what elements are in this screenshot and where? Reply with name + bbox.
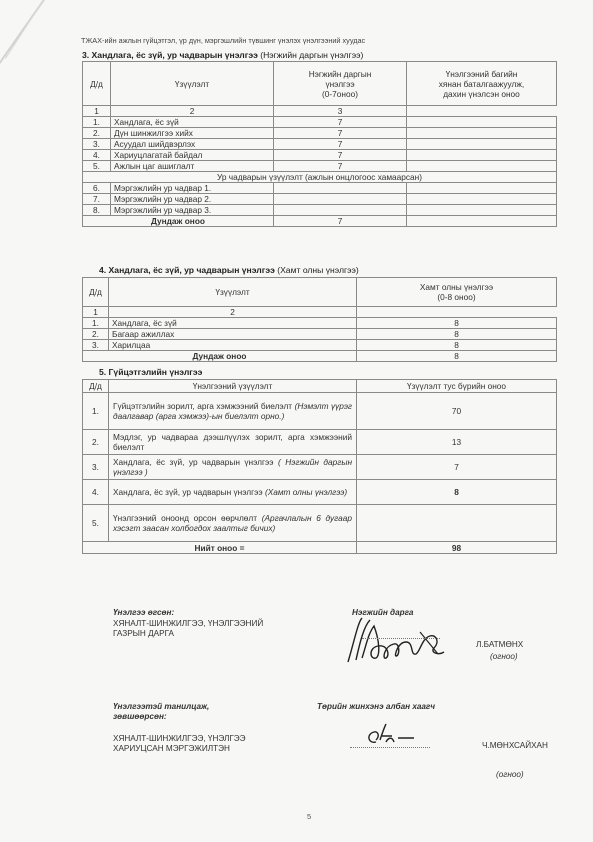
header-criterion: Үзүүлэлт: [111, 62, 274, 106]
row-number: 4.: [83, 150, 111, 161]
recheck-score: [407, 194, 557, 205]
criterion-cell: Үнэлгээний оноонд орсон өөрчлөлт (Аргачл…: [109, 505, 357, 542]
team-evaluation-table: Д/д Үзүүлэлт Хамт олны үнэлгээ (0-8 оноо…: [82, 277, 557, 362]
row-number: 6.: [83, 183, 111, 194]
section-4-title-rest: (Хамт олны үнэлгээ): [275, 265, 359, 275]
recheck-score: [407, 117, 557, 128]
criterion-score: 8: [357, 480, 557, 505]
label-line: зөвшөөрсөн:: [113, 712, 209, 722]
criterion-name: Мэргэжлийн ур чадвар 1.: [111, 183, 274, 194]
row-number: 2.: [83, 329, 109, 340]
criterion-name: Мэргэжлийн ур чадвар 2.: [111, 194, 274, 205]
criterion-text: Үнэлгээний оноонд орсон өөрчлөлт: [113, 513, 257, 523]
recheck-score: [407, 128, 557, 139]
criterion-name: Хандлага, ёс зүй: [109, 318, 357, 329]
header-line: Хамт олны үнэлгээ: [360, 282, 553, 292]
header-line: Нэгжийн даргын: [277, 69, 403, 79]
total-value: 98: [357, 542, 557, 554]
section-4-title-bold: 4. Хандлага, ёс зүй, ур чадварын үнэлгээ: [99, 265, 275, 275]
average-label: Дундаж оноо: [83, 351, 357, 362]
header-line: дахин үнэлсэн оноо: [410, 89, 553, 99]
row-number: 2.: [83, 430, 109, 455]
header-line: (0-8 оноо): [360, 292, 553, 302]
row-number: 2.: [83, 128, 111, 139]
scan-page-edge-shadow: [0, 0, 44, 59]
table-row: 2.Дүн шинжилгээ хийх7: [83, 128, 557, 139]
evaluator-name: Л.БАТМӨНХ: [476, 640, 523, 650]
column-number: 2: [109, 307, 357, 318]
criterion-name: Мэргэжлийн ур чадвар 3.: [111, 205, 274, 216]
average-row: Дундаж оноо7: [83, 216, 557, 227]
average-value: 7: [274, 216, 407, 227]
table-row: 3.Харилцаа8: [83, 340, 557, 351]
table-row: 1.Хандлага, ёс зүй7: [83, 117, 557, 128]
team-score: 8: [357, 329, 557, 340]
table-row: 1.Гүйцэтгэлийн зорилт, арга хэмжээний би…: [83, 393, 557, 430]
header-num: Д/д: [83, 62, 111, 106]
table-row: 4.Хариуцлагатай байдал7: [83, 150, 557, 161]
criterion-cell: Мэдлэг, ур чадвараа дээшлүүлэх зорилт, а…: [109, 430, 357, 455]
header-line: Үнэлгээний багийн: [410, 69, 553, 79]
criterion-name: Дүн шинжилгээ хийх: [111, 128, 274, 139]
column-number-row: 123: [83, 106, 557, 117]
header-line: хянан баталгаажуулж,: [410, 79, 553, 89]
criterion-cell: Хандлага, ёс зүй, ур чадварын үнэлгээ ( …: [109, 455, 357, 480]
header-team-score: Хамт олны үнэлгээ (0-8 оноо): [357, 278, 557, 307]
title-line: ХЯНАЛТ-ШИНЖИЛГЭЭ, ҮНЭЛГЭЭ: [113, 734, 246, 744]
team-score: 8: [357, 318, 557, 329]
table-row: 3.Асуудал шийдвэрлэх7: [83, 139, 557, 150]
evaluator-label: Үнэлгээ өгсөн:: [113, 608, 174, 618]
acknowledged-date: (огноо): [496, 770, 524, 780]
total-label: Нийт оноо =: [83, 542, 357, 554]
criterion-text: Гүйцэтгэлийн зорилт, арга хэмжээний биел…: [113, 401, 292, 411]
criterion-text: Хандлага, ёс зүй, ур чадварын үнэлгээ: [113, 487, 263, 497]
average-row: Дундаж оноо8: [83, 351, 557, 362]
table-row: 2.Мэдлэг, ур чадвараа дээшлүүлэх зорилт,…: [83, 430, 557, 455]
section-4-title: 4. Хандлага, ёс зүй, ур чадварын үнэлгээ…: [99, 265, 359, 275]
title-line: ХЯНАЛТ-ШИНЖИЛГЭЭ, ҮНЭЛГЭЭНИЙ: [113, 619, 263, 629]
supervisor-score: 7: [274, 128, 407, 139]
recheck-score: [407, 161, 557, 172]
evaluator-signature: [340, 612, 450, 667]
row-number: 3.: [83, 340, 109, 351]
criterion-score: 7: [357, 455, 557, 480]
page-number: 5: [307, 812, 311, 821]
column-number: 3: [274, 106, 407, 117]
supervisor-score: [274, 183, 407, 194]
total-row: Нийт оноо =98: [83, 542, 557, 554]
supervisor-score: [274, 205, 407, 216]
header-score: Үзүүлэлт тус бүрийн оноо: [357, 380, 557, 393]
header-team-recheck: Үнэлгээний багийн хянан баталгаажуулж, д…: [407, 62, 557, 106]
supervisor-score: [274, 194, 407, 205]
team-score: 8: [357, 340, 557, 351]
criterion-name: Багаар ажиллах: [109, 329, 357, 340]
recheck-score: [407, 183, 557, 194]
header-criterion: Үзүүлэлт: [109, 278, 357, 307]
table-row: 5.Ажлын цаг ашиглалт7: [83, 161, 557, 172]
column-number: 1: [83, 307, 109, 318]
criterion-text: Мэдлэг, ур чадвараа дээшлүүлэх зорилт, а…: [113, 432, 352, 452]
header-line: үнэлгээ: [277, 79, 403, 89]
header-supervisor-score: Нэгжийн даргын үнэлгээ (0-7оноо): [274, 62, 407, 106]
row-number: 3.: [83, 455, 109, 480]
table-row: 7.Мэргэжлийн ур чадвар 2.: [83, 194, 557, 205]
recheck-score: [407, 205, 557, 216]
acknowledged-name: Ч.МӨНХСАЙХАН: [482, 741, 548, 751]
acknowledged-signature: [362, 722, 422, 748]
section-3-title-bold: 3. Хандлага, ёс зүй, ур чадварын үнэлгээ: [82, 50, 258, 60]
column-number: 2: [111, 106, 274, 117]
row-number: 3.: [83, 139, 111, 150]
recheck-score: [407, 139, 557, 150]
acknowledged-role: Төрийн жинхэнэ албан хаагч: [317, 702, 435, 712]
row-number: 1.: [83, 117, 111, 128]
supervisor-score: 7: [274, 150, 407, 161]
row-number: 1.: [83, 318, 109, 329]
evaluator-date: (огноо): [490, 652, 518, 662]
section-5-title: 5. Гүйцэтгэлийн үнэлгээ: [99, 367, 202, 377]
section-3-title: 3. Хандлага, ёс зүй, ур чадварын үнэлгээ…: [82, 50, 363, 60]
average-recheck: [407, 216, 557, 227]
table-row: 6.Мэргэжлийн ур чадвар 1.: [83, 183, 557, 194]
supervisor-score: 7: [274, 161, 407, 172]
criterion-cell: Хандлага, ёс зүй, ур чадварын үнэлгээ (Х…: [109, 480, 357, 505]
header-num: Д/д: [83, 278, 109, 307]
row-number: 5.: [83, 505, 109, 542]
criterion-name: Хандлага, ёс зүй: [111, 117, 274, 128]
section-3-title-rest: (Нэгжийн даргын үнэлгээ): [258, 50, 364, 60]
label-line: Үнэлгээтэй танилцаж,: [113, 702, 209, 712]
criterion-score: [357, 505, 557, 542]
average-label: Дундаж оноо: [83, 216, 274, 227]
recheck-score: [407, 150, 557, 161]
criterion-name: Ажлын цаг ашиглалт: [111, 161, 274, 172]
table-row: 8.Мэргэжлийн ур чадвар 3.: [83, 205, 557, 216]
criterion-name: Асуудал шийдвэрлэх: [111, 139, 274, 150]
average-value: 8: [357, 351, 557, 362]
header-line: (0-7оноо): [277, 89, 403, 99]
table-row: 1.Хандлага, ёс зүй8: [83, 318, 557, 329]
criterion-score: 13: [357, 430, 557, 455]
table-row: 5.Үнэлгээний оноонд орсон өөрчлөлт (Арга…: [83, 505, 557, 542]
row-number: 8.: [83, 205, 111, 216]
row-number: 7.: [83, 194, 111, 205]
criterion-name: Хариуцлагатай байдал: [111, 150, 274, 161]
header-criterion: Үнэлгээний үзүүлэлт: [109, 380, 357, 393]
performance-evaluation-table: Д/д Үнэлгээний үзүүлэлт Үзүүлэлт тус бүр…: [82, 379, 557, 554]
signature-line: [350, 747, 430, 748]
supervisor-evaluation-table: Д/д Үзүүлэлт Нэгжийн даргын үнэлгээ (0-7…: [82, 61, 557, 227]
criterion-text: Хандлага, ёс зүй, ур чадварын үнэлгээ: [113, 457, 274, 467]
title-line: ХАРИУЦСАН МЭРГЭЖИЛТЭН: [113, 744, 246, 754]
row-number: 4.: [83, 480, 109, 505]
column-number-row: 12: [83, 307, 557, 318]
supervisor-score: 7: [274, 139, 407, 150]
evaluator-title: ХЯНАЛТ-ШИНЖИЛГЭЭ, ҮНЭЛГЭЭНИЙ ГАЗРЫН ДАРГ…: [113, 619, 263, 639]
row-number: 1.: [83, 393, 109, 430]
column-number: 1: [83, 106, 111, 117]
title-line: ГАЗРЫН ДАРГА: [113, 629, 263, 639]
acknowledged-label: Үнэлгээтэй танилцаж, зөвшөөрсөн:: [113, 702, 209, 722]
skills-subheader: Ур чадварын үзүүлэлт (ажлын онцлогоос ха…: [83, 172, 557, 183]
criterion-note: (Хамт олны үнэлгээ): [265, 487, 347, 497]
document-header: ТЖАХ-ийн ажлын гүйцэтгэл, үр дүн, мэргэш…: [81, 36, 365, 45]
criterion-name: Харилцаа: [109, 340, 357, 351]
table-row: 4.Хандлага, ёс зүй, ур чадварын үнэлгээ …: [83, 480, 557, 505]
subheader-row: Ур чадварын үзүүлэлт (ажлын онцлогоос ха…: [83, 172, 557, 183]
header-num: Д/д: [83, 380, 109, 393]
criterion-cell: Гүйцэтгэлийн зорилт, арга хэмжээний биел…: [109, 393, 357, 430]
acknowledged-title: ХЯНАЛТ-ШИНЖИЛГЭЭ, ҮНЭЛГЭЭ ХАРИУЦСАН МЭРГ…: [113, 734, 246, 754]
signature-line: [362, 638, 440, 639]
row-number: 5.: [83, 161, 111, 172]
table-row: 3.Хандлага, ёс зүй, ур чадварын үнэлгээ …: [83, 455, 557, 480]
table-row: 2.Багаар ажиллах8: [83, 329, 557, 340]
supervisor-score: 7: [274, 117, 407, 128]
criterion-score: 70: [357, 393, 557, 430]
